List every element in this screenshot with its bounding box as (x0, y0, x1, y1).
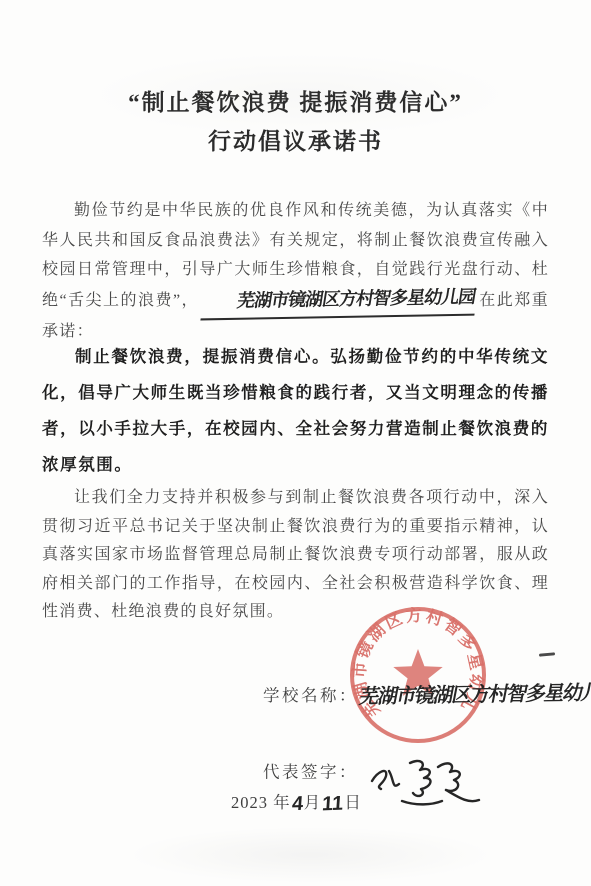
paragraph-2-bold: 制止餐饮浪费，提振消费信心。弘扬勤俭节约的中华传统文化，倡导广大师生既当珍惜粮食… (42, 339, 549, 483)
school-seal-stamp-icon: 芜湖市镜湖区方村智多星幼儿园 (347, 604, 489, 746)
paragraph-1: 勤俭节约是中华民族的优良作风和传统美德，为认真落实《中华人民共和国反食品浪费法》… (42, 196, 549, 347)
paragraph-1-handwritten-school-name: 芜湖市镜湖区方村智多星幼儿园 (200, 282, 479, 319)
school-name-row: 学校名称：芜湖市镜湖区方村智多星幼儿园 (263, 678, 591, 707)
date-month-handwritten: 4 (291, 793, 304, 816)
date-year-printed: 2023 年 (231, 793, 291, 812)
date-day-handwritten: 11 (321, 793, 344, 817)
title-line-1: “制止餐饮浪费 提振消费信心” (0, 88, 591, 118)
representative-signature-label: 代表签字： (263, 763, 358, 782)
representative-signature-handwriting (366, 751, 484, 809)
school-name-handwritten: 芜湖市镜湖区方村智多星幼儿园 (357, 676, 591, 710)
date-line: 2023 年4月11日 (231, 789, 362, 816)
document-title: “制止餐饮浪费 提振消费信心” 行动倡议承诺书 (0, 88, 591, 157)
stray-ink-mark (539, 652, 555, 656)
school-name-label: 学校名称： (263, 686, 358, 705)
scanned-document-page: “制止餐饮浪费 提振消费信心” 行动倡议承诺书 勤俭节约是中华民族的优良作风和传… (0, 0, 591, 886)
date-month-unit: 月 (304, 793, 322, 812)
date-day-unit: 日 (344, 793, 362, 812)
title-line-2: 行动倡议承诺书 (0, 127, 591, 157)
